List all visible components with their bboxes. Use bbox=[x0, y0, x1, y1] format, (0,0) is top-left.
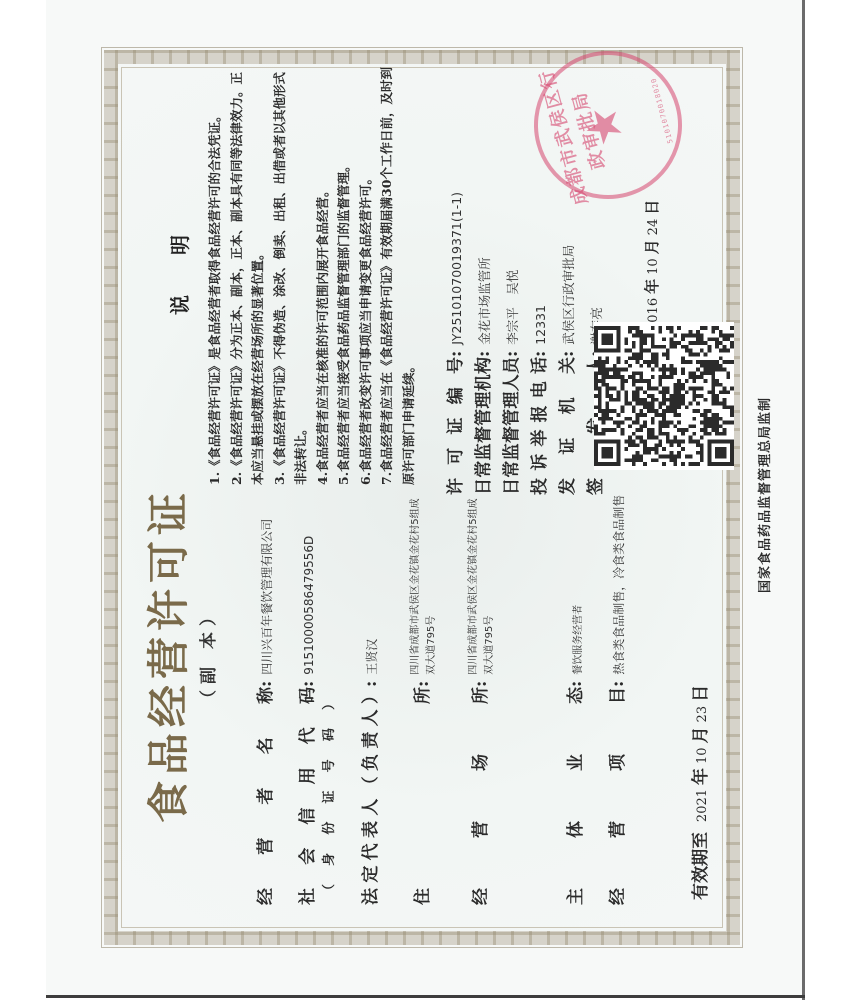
qr-code-icon bbox=[594, 322, 734, 470]
issuer-footer: 国家食品药品监督管理总局监制 bbox=[754, 375, 773, 615]
license-number-value: JY25101070019371(1-1) bbox=[449, 192, 464, 345]
field-label: 经营场所 bbox=[466, 687, 491, 905]
operator-name-value: 四川兴百年餐饮管理有限公司 bbox=[260, 519, 274, 675]
legal-rep-value: 王贤汉 bbox=[365, 639, 379, 675]
license-number: 许可证编号: JY25101070019371(1-1) bbox=[441, 192, 466, 495]
field-legal-rep: 法定代表人（负责人）: 王贤汉 bbox=[356, 639, 381, 905]
field-residence: 住所: 四川省成都市武侯区金花镇金花村5组成双大道795号 bbox=[408, 490, 440, 905]
notes-title: 说明 bbox=[164, 75, 193, 435]
field-main-format: 主体业态: 餐饮服务经营者 bbox=[561, 605, 586, 905]
field-label: 法定代表人（负责人） bbox=[356, 687, 381, 905]
field-label: 经营者名称 bbox=[251, 687, 276, 905]
expiry-label: 有效期至 bbox=[691, 832, 711, 900]
paper-edge bbox=[46, 995, 805, 998]
note-item: 2.《食品经营许可证》分为正本、副本，正本、副本具有同等法律效力。正本应当悬挂或… bbox=[226, 65, 269, 485]
day-unit: 日 bbox=[691, 685, 711, 702]
supervisors: 日常监督管理人员: 李宗平 吴悦 bbox=[497, 270, 522, 495]
year-unit: 年 bbox=[691, 768, 711, 785]
issue-month: 10 bbox=[646, 258, 661, 275]
license-title: 食品经营许可证 bbox=[136, 415, 196, 895]
field-label: 经营项目 bbox=[603, 687, 628, 905]
field-label: 日常监督管理人员 bbox=[497, 357, 522, 495]
supervisors-value: 李宗平 吴悦 bbox=[505, 270, 520, 345]
note-item: 5.食品经营者应当接受食品药品监督管理部门的监督管理。 bbox=[333, 65, 355, 485]
field-credit-code: 社会信用代码: 91510000586479556D （身份证号码） bbox=[293, 536, 337, 905]
expiry-day: 23 bbox=[695, 706, 710, 723]
issuing-authority: 发证机关: 武侯区行政审批局 bbox=[553, 245, 578, 495]
field-label: 发证机关 bbox=[553, 357, 578, 495]
supervision-agency-value: 金花市场监管所 bbox=[477, 257, 492, 345]
month-unit: 月 bbox=[643, 239, 661, 254]
business-premises-value: 四川省成都市武侯区金花镇金花村5组成双大道795号 bbox=[466, 490, 498, 675]
food-business-license: 食品经营许可证 （副 本） 经营者名称: 四川兴百年餐饮管理有限公司 社会信用代… bbox=[46, 0, 802, 995]
complaint-phone-value: 12331 bbox=[533, 305, 548, 345]
note-item: 6.食品经营者改变许可事项应当申请变更食品经营许可。 bbox=[355, 65, 377, 485]
field-label: 社会信用代码 bbox=[293, 687, 318, 905]
note-item: 7.食品经营者应当在《食品经营许可证》有效期届满30个工作日前，及时到原许可部门… bbox=[376, 65, 419, 485]
business-items-value: 热食类食品制售，冷食类食品制售 bbox=[612, 495, 626, 675]
qr-code[interactable] bbox=[594, 322, 734, 470]
note-item: 3.《食品经营许可证》不得伪造、涂改、倒卖、出租、出借或者以其他形式非法转让。 bbox=[269, 65, 312, 485]
field-label: 投诉举报电话 bbox=[525, 357, 550, 495]
field-business-items: 经营项目: 热食类食品制售，冷食类食品制售 bbox=[603, 495, 628, 905]
issue-day: 24 bbox=[646, 219, 661, 236]
field-label: 日常监督管理机构 bbox=[469, 357, 494, 495]
field-label: 主体业态 bbox=[561, 687, 586, 905]
notes-list: 1.《食品经营许可证》是食品经营者取得食品经营许可的合法凭证。 2.《食品经营许… bbox=[204, 65, 419, 485]
year-unit: 年 bbox=[643, 279, 661, 294]
expiry-date: 有效期至 2021年10月23日 bbox=[686, 685, 711, 900]
residence-value: 四川省成都市武侯区金花镇金花村5组成双大道795号 bbox=[408, 490, 440, 675]
field-operator-name: 经营者名称: 四川兴百年餐饮管理有限公司 bbox=[251, 519, 276, 905]
expiry-year: 2021 bbox=[695, 789, 710, 822]
expiry-month: 10 bbox=[695, 747, 710, 764]
paper-edge bbox=[802, 0, 805, 1000]
main-format-value: 餐饮服务经营者 bbox=[573, 605, 584, 675]
field-sublabel: （身份证号码） bbox=[318, 697, 337, 897]
license-subtitle: （副 本） bbox=[194, 415, 219, 895]
field-business-premises: 经营场所: 四川省成都市武侯区金花镇金花村5组成双大道795号 bbox=[466, 490, 498, 905]
credit-code-value: 91510000586479556D bbox=[302, 536, 316, 675]
issue-date: 2016年10月24日 bbox=[641, 200, 662, 335]
field-label: 住所 bbox=[408, 687, 433, 905]
field-label: 许可证编号 bbox=[441, 357, 466, 495]
issuing-authority-value: 武侯区行政审批局 bbox=[561, 245, 576, 345]
month-unit: 月 bbox=[691, 726, 711, 743]
day-unit: 日 bbox=[643, 200, 661, 215]
supervision-agency: 日常监督管理机构: 金花市场监管所 bbox=[469, 257, 494, 495]
note-item: 4.食品经营者应当在核准的许可范围内展开食品经营。 bbox=[312, 65, 334, 485]
note-item: 1.《食品经营许可证》是食品经营者取得食品经营许可的合法凭证。 bbox=[204, 65, 226, 485]
complaint-phone: 投诉举报电话: 12331 bbox=[525, 305, 550, 495]
